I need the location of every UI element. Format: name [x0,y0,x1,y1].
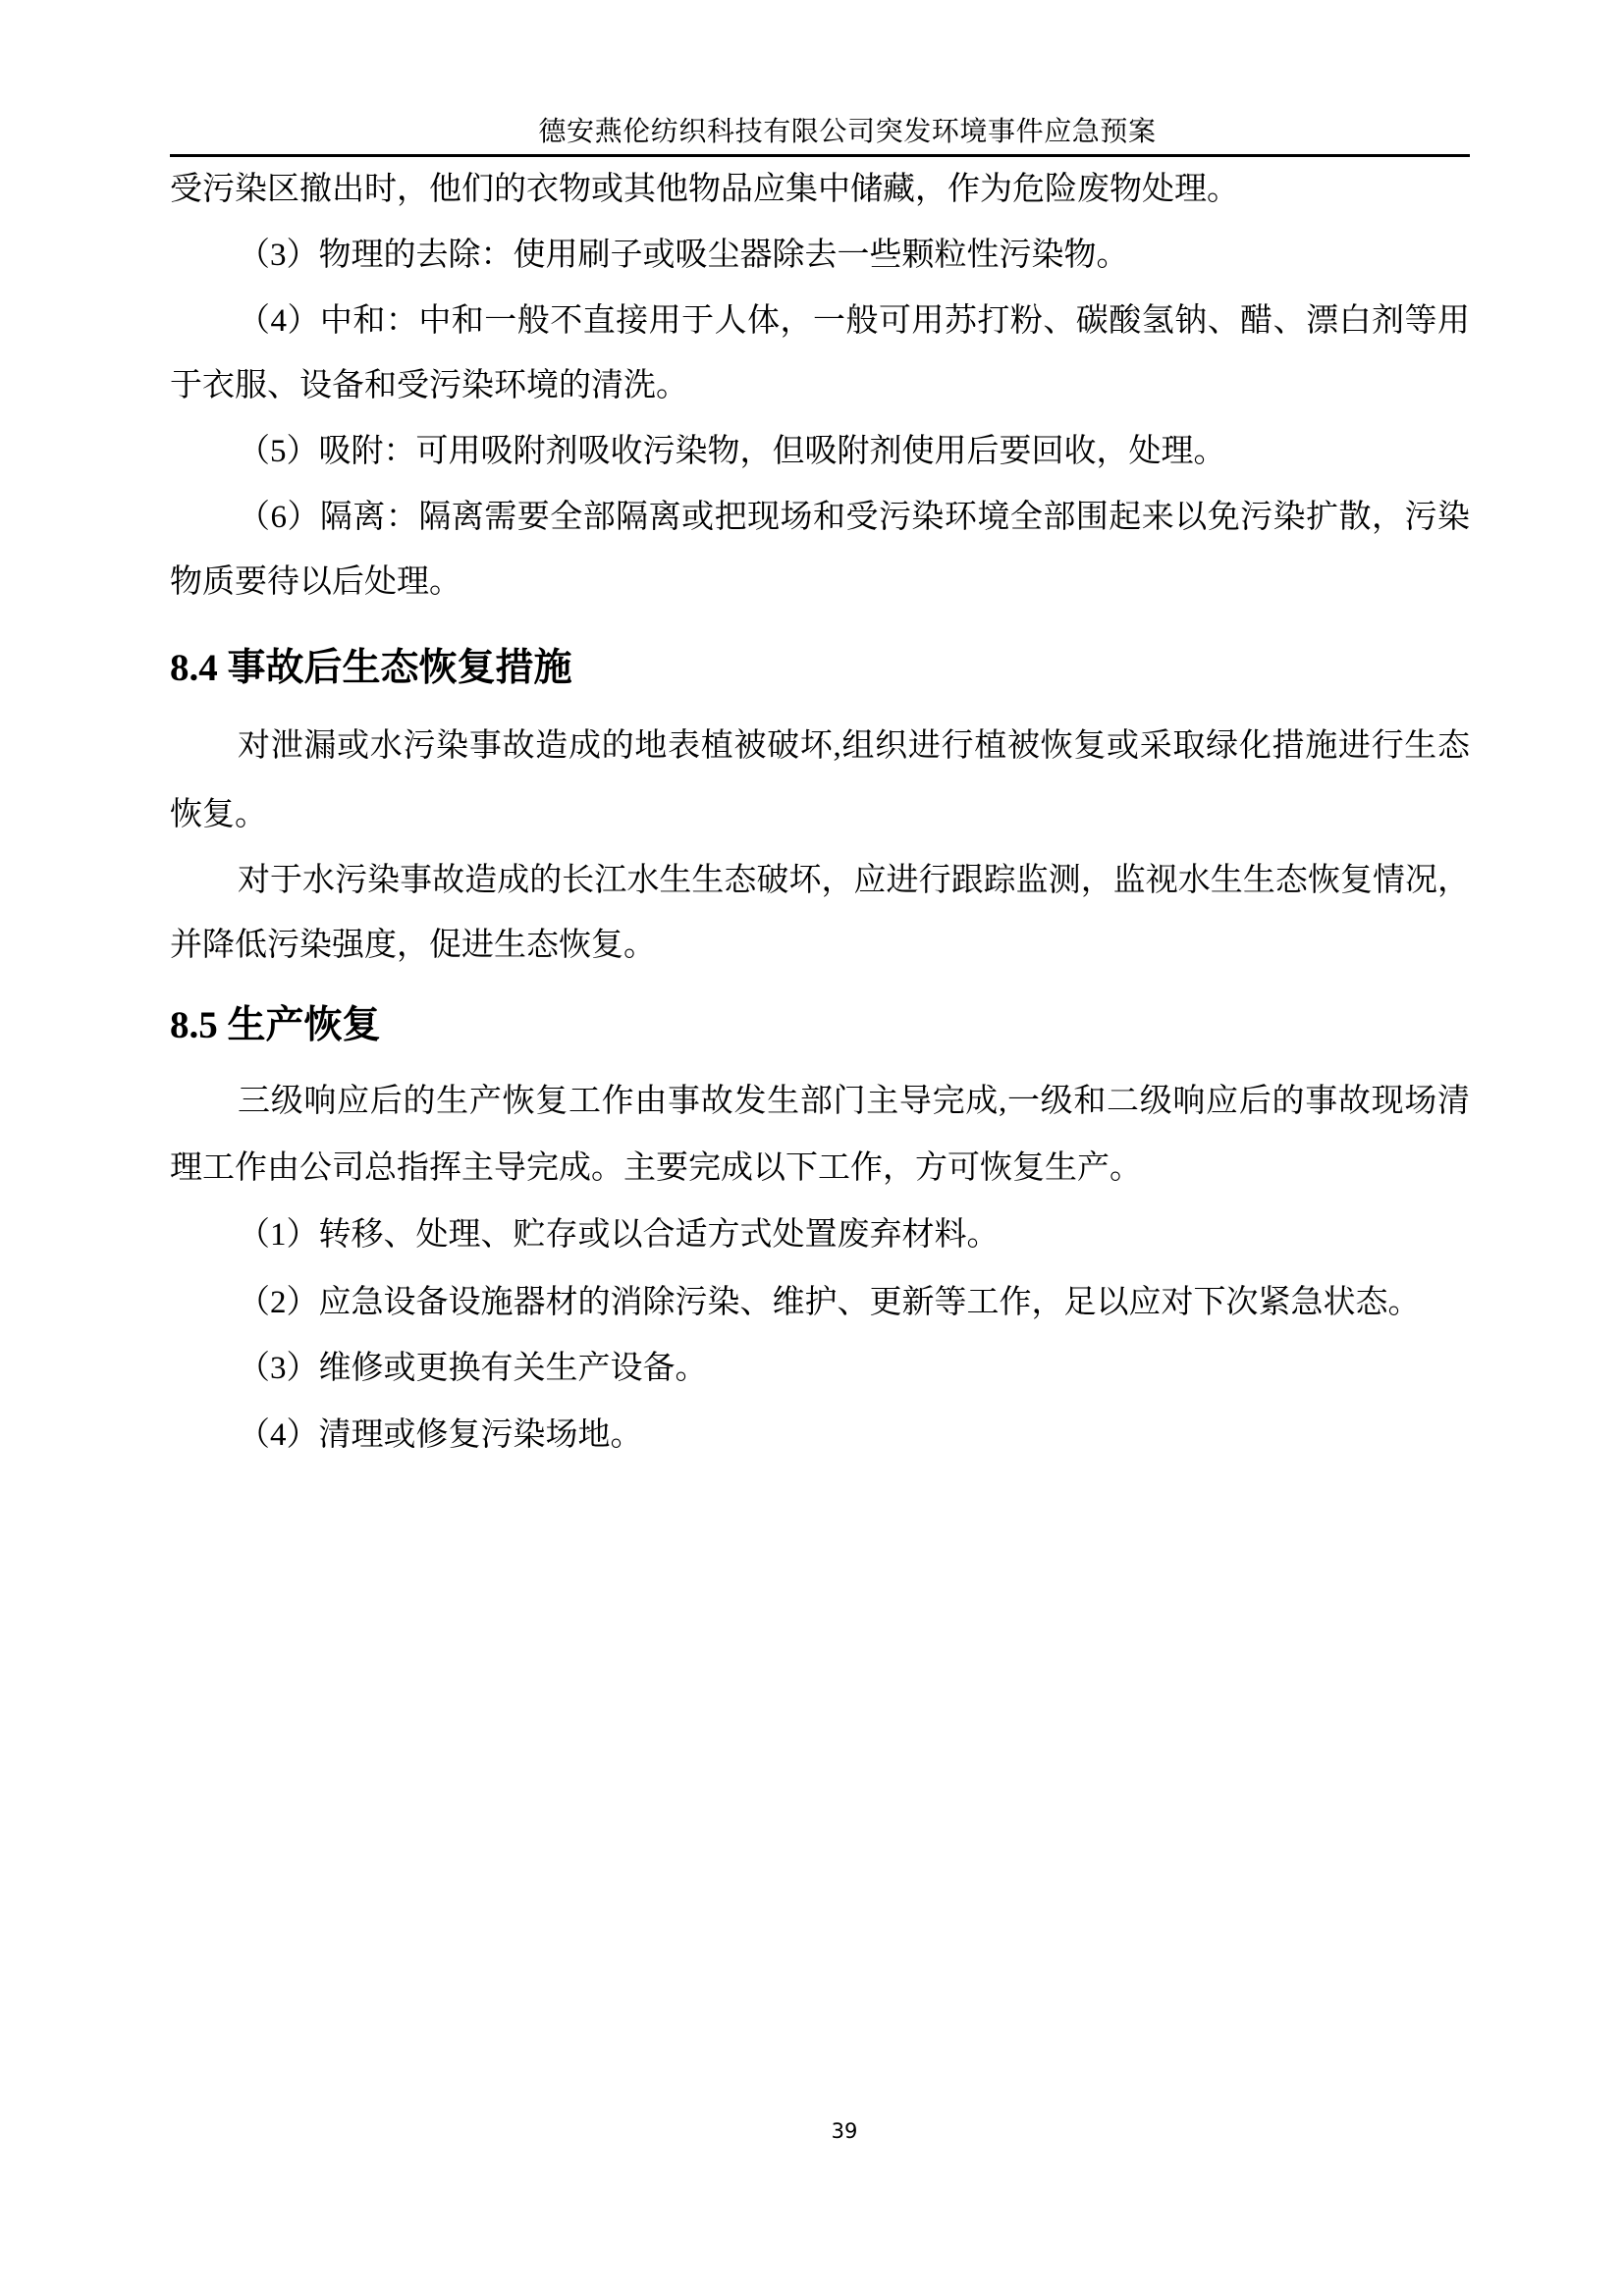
list-item-4-neutralization: （4）中和：中和一般不直接用于人体，一般可用苏打粉、碳酸氢钠、醋、漂白剂等用 [170,299,1470,343]
list-item-6-isolation: （6）隔离：隔离需要全部隔离或把现场和受污染环境全部围起来以免污染扩散，污染 [170,496,1470,539]
list-item-3: （3）维修或更换有关生产设备。 [170,1347,1470,1390]
paragraph-line: 对泄漏或水污染事故造成的地表植被破坏,组织进行植被恢复或采取绿化措施进行生态 [170,724,1470,768]
paragraph-line: 恢复。 [170,793,1470,836]
section-heading-8-4: 8.4 事故后生态恢复措施 [170,644,572,693]
section-heading-8-5: 8.5 生产恢复 [170,1001,381,1050]
paragraph-line: 物质要待以后处理。 [170,561,1470,604]
paragraph-line: 理工作由公司总指挥主导完成。主要完成以下工作，方可恢复生产。 [170,1147,1470,1190]
list-item-5-adsorption: （5）吸附：可用吸附剂吸收污染物，但吸附剂使用后要回收，处理。 [170,430,1470,473]
list-item-3-physical-removal: （3）物理的去除：使用刷子或吸尘器除去一些颗粒性污染物。 [170,234,1470,277]
document-page: 德安燕伦纺织科技有限公司突发环境事件应急预案 受污染区撤出时，他们的衣物或其他物… [0,0,1624,2296]
list-item-4: （4）清理或修复污染场地。 [170,1414,1470,1457]
paragraph-line: 于衣服、设备和受污染环境的清洗。 [170,364,1470,407]
paragraph-line: 对于水污染事故造成的长江水生生态破坏，应进行跟踪监测，监视水生生态恢复情况， [170,859,1470,902]
list-item-2: （2）应急设备设施器材的消除污染、维护、更新等工作，足以应对下次紧急状态。 [170,1281,1470,1324]
paragraph-line: 受污染区撤出时，他们的衣物或其他物品应集中储藏，作为危险废物处理。 [170,168,1470,211]
page-header-title: 德安燕伦纺织科技有限公司突发环境事件应急预案 [491,114,1204,151]
page-number: 39 [795,2118,893,2144]
paragraph-line: 并降低污染强度，促进生态恢复。 [170,924,1470,967]
list-item-1: （1）转移、处理、贮存或以合适方式处置废弃材料。 [170,1213,1470,1256]
paragraph-line: 三级响应后的生产恢复工作由事故发生部门主导完成,一级和二级响应后的事故现场清 [170,1080,1470,1123]
header-divider [170,154,1470,157]
